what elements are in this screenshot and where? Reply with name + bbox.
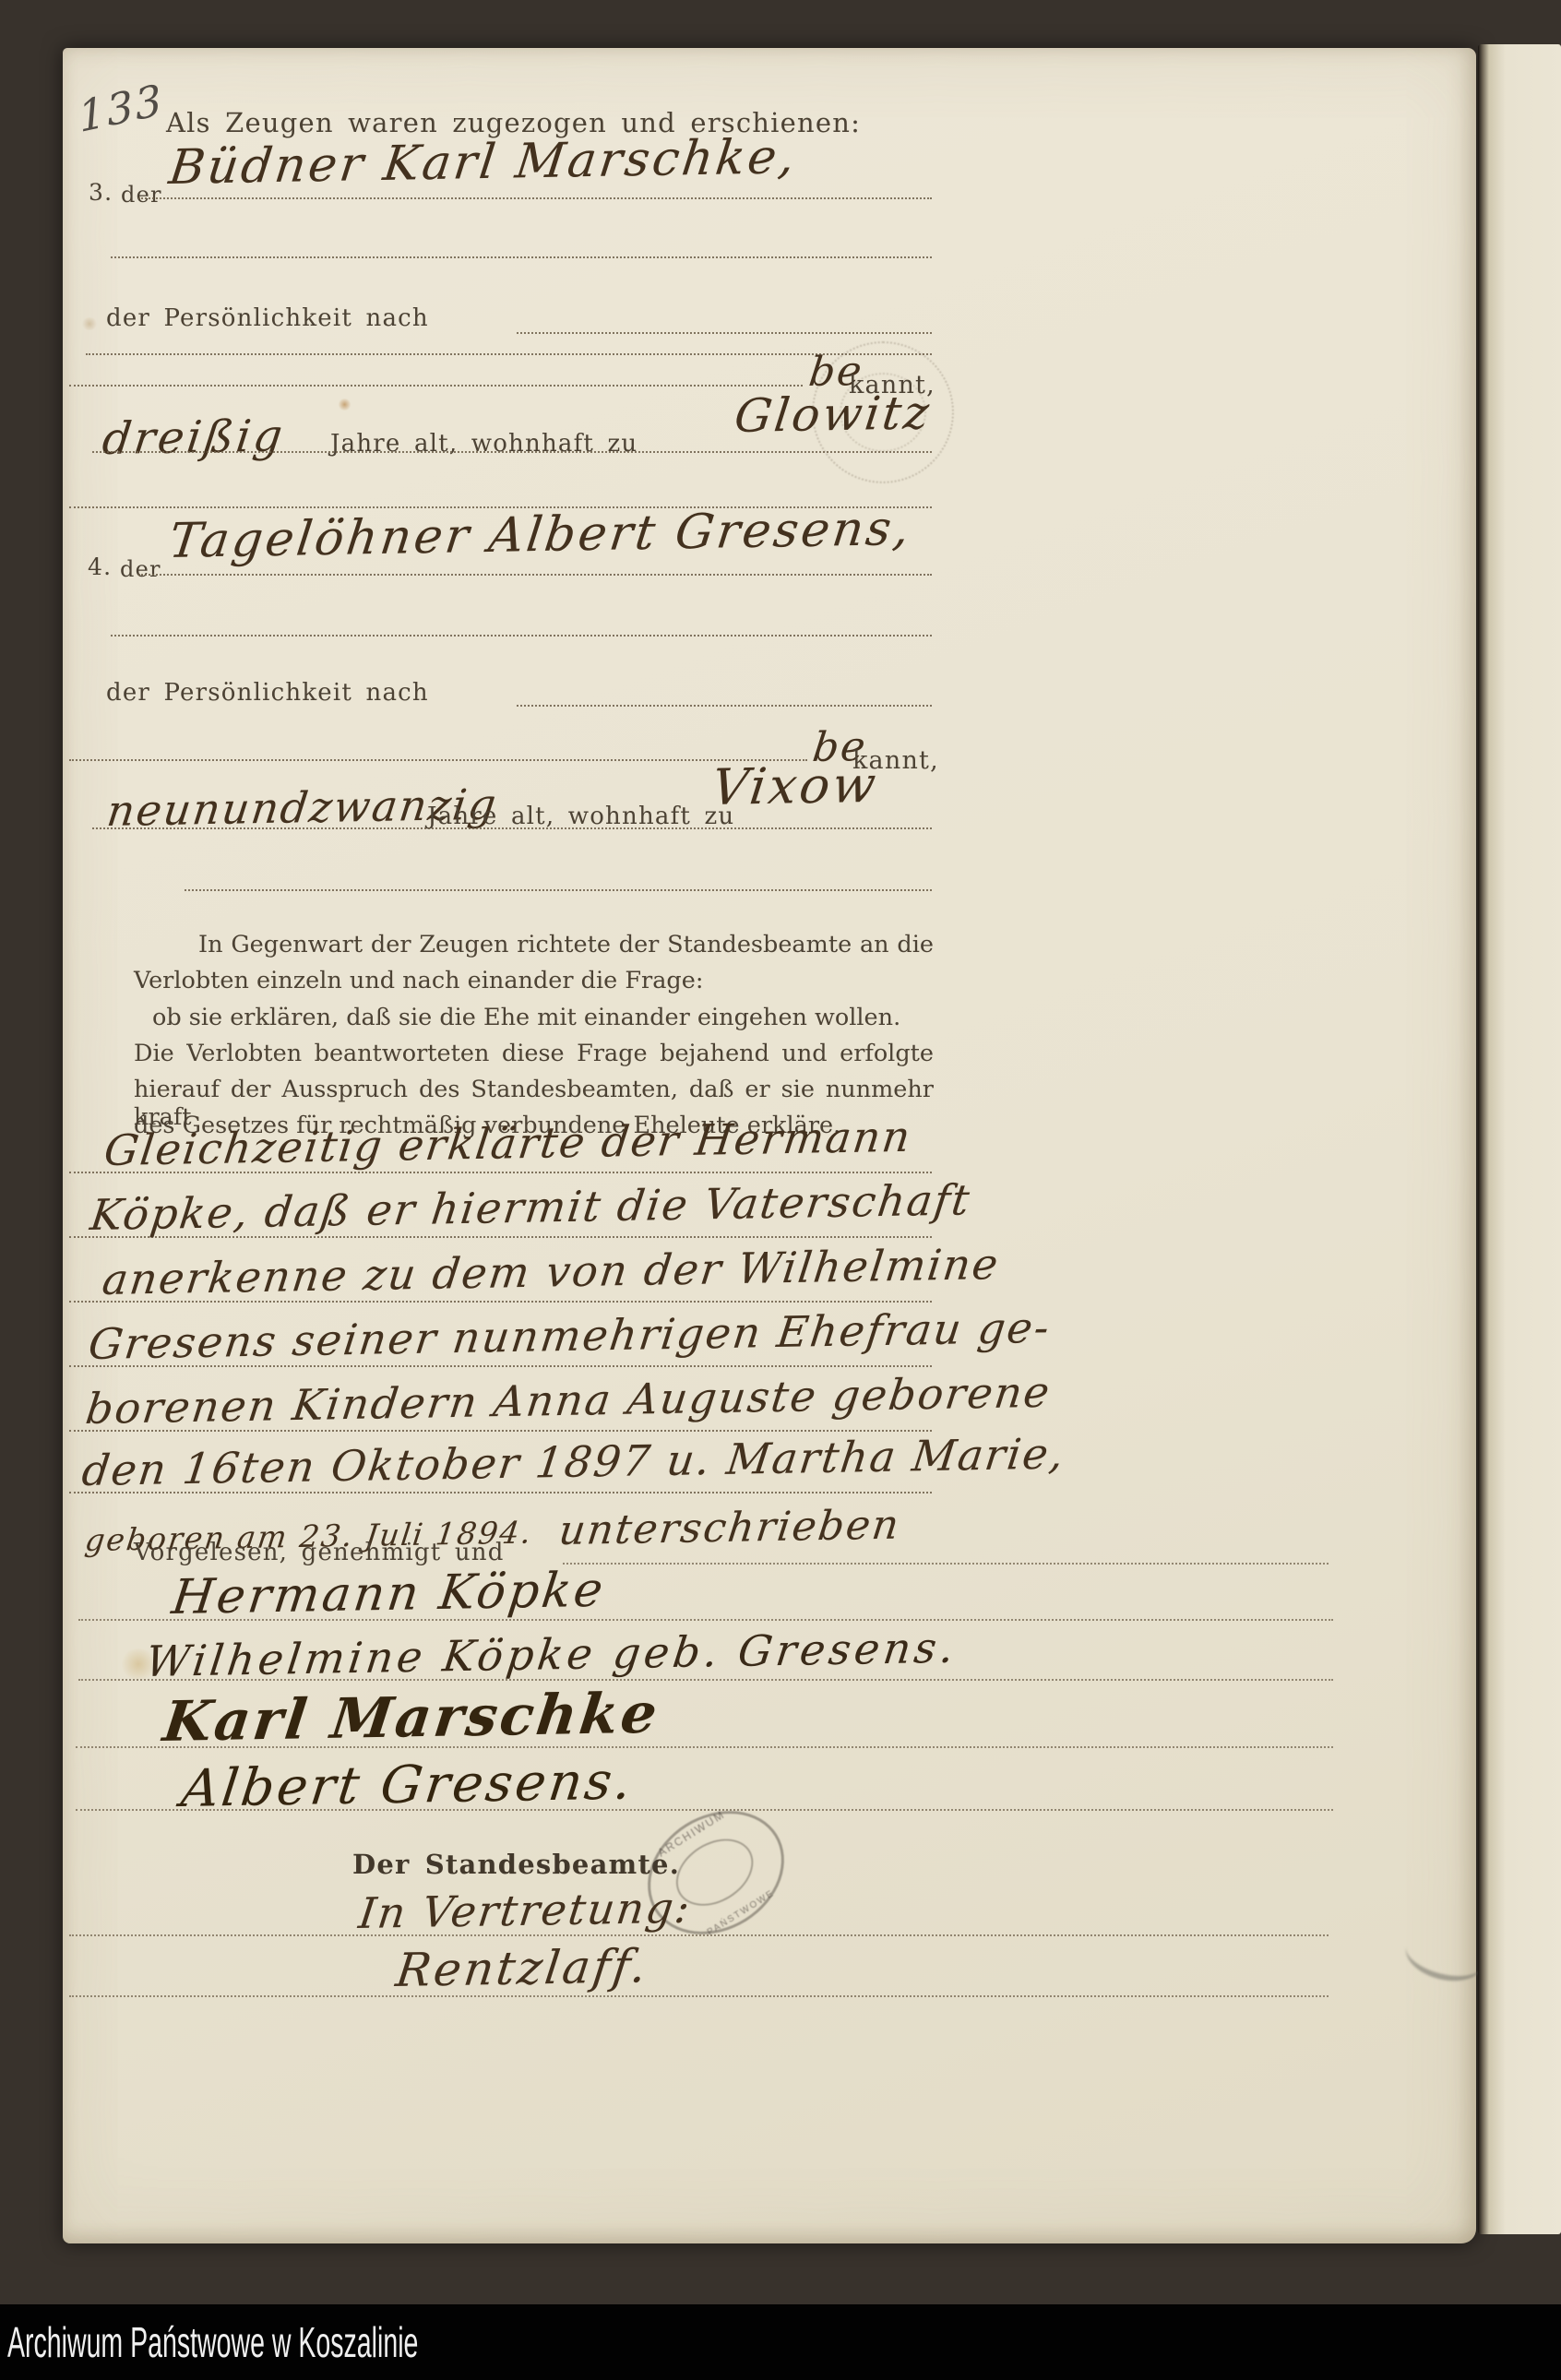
- signature-hermann-koepke: Hermann Köpke: [169, 1563, 609, 1625]
- dotted-rule: [69, 385, 803, 387]
- dotted-rule: [563, 1563, 1329, 1565]
- witness3-age-residence-label: Jahre alt, wohnhaft zu: [330, 430, 638, 458]
- witness4-name-handwritten: Tagelöhner Albert Gresens,: [166, 501, 915, 569]
- witness3-identity-label: der Persönlichkeit nach: [106, 304, 429, 332]
- dotted-rule: [111, 635, 932, 637]
- faint-round-stamp: [812, 341, 954, 483]
- dotted-rule: [517, 332, 932, 334]
- document-page: 133 Als Zeugen waren zugezogen und ersch…: [63, 48, 1476, 2243]
- witness3-name-handwritten: Büdner Karl Marschke,: [166, 129, 801, 196]
- acknowledgment-line: Köpke, daß er hiermit die Vaterschaft: [88, 1174, 974, 1240]
- acknowledgment-line: Gresens seiner nunmehrigen Ehefrau ge-: [86, 1303, 1054, 1369]
- dotted-rule: [92, 827, 932, 829]
- witness4-residence-handwritten: Vixow: [709, 756, 882, 816]
- registrar-signature: Rentzlaff.: [393, 1939, 652, 1997]
- witness3-index: 3.: [89, 179, 113, 206]
- witness4-identity-label: der Persönlichkeit nach: [106, 679, 429, 707]
- scan-background: 133 Als Zeugen waren zugezogen und ersch…: [0, 0, 1561, 2380]
- archive-name-label: Archiwum Państwowe w Koszalinie: [7, 2304, 418, 2380]
- witness3-age-handwritten: dreißig: [100, 411, 288, 465]
- closing-printed: Vorgelesen, genehmigt und: [134, 1539, 505, 1566]
- witness3-article: der: [121, 182, 162, 208]
- page-number: 133: [76, 74, 165, 142]
- paper-stain: [338, 399, 352, 411]
- declaration-line: ob sie erklären, daß sie die Ehe mit ein…: [152, 1004, 900, 1031]
- signature-karl-marschke: Karl Marschke: [160, 1682, 663, 1755]
- witness4-article: der: [120, 556, 161, 582]
- dotted-rule: [111, 256, 932, 258]
- dotted-rule: [517, 705, 932, 707]
- dotted-rule: [92, 451, 932, 453]
- acknowledgment-line: borenen Kindern Anna Auguste geborene: [83, 1367, 1054, 1434]
- deputy-note-handwritten: In Vertretung:: [356, 1883, 694, 1938]
- dotted-rule: [185, 889, 932, 891]
- closing-script: unterschrieben: [556, 1502, 903, 1554]
- archive-oval-stamp: ARCHIWUM PAŃSTWOWE: [625, 1786, 807, 1959]
- signature-wilhelmine-koepke: Wilhelmine Köpke geb. Gresens.: [143, 1623, 960, 1686]
- paper-stain: [81, 317, 98, 330]
- faint-round-stamp-inner: [840, 373, 926, 452]
- signature-albert-gresens: Albert Gresens.: [178, 1751, 638, 1819]
- acknowledgment-line: anerkenne zu dem von der Wilhelmine: [100, 1239, 1003, 1304]
- dotted-rule: [86, 353, 932, 355]
- declaration-line: Verlobten einzeln und nach einander die …: [134, 967, 703, 994]
- dotted-rule: [138, 197, 932, 199]
- declaration-line: In Gegenwart der Zeugen richtete der Sta…: [198, 931, 934, 958]
- acknowledgment-line: den 16ten Oktober 1897 u. Martha Marie,: [79, 1428, 1068, 1495]
- witness4-index: 4.: [88, 553, 112, 580]
- dotted-rule: [69, 1995, 1329, 1997]
- next-page-edge: [1478, 44, 1561, 2234]
- declaration-line: Die Verlobten beantworteten diese Frage …: [134, 1040, 934, 1067]
- dotted-rule: [138, 574, 932, 576]
- archive-footer-bar: Archiwum Państwowe w Koszalinie: [0, 2304, 1561, 2380]
- dotted-rule: [69, 759, 807, 761]
- witness4-age-residence-label: Jahre alt, wohnhaft zu: [427, 803, 734, 830]
- dotted-rule: [69, 1934, 1329, 1936]
- pencil-smudge: [1400, 1922, 1489, 1988]
